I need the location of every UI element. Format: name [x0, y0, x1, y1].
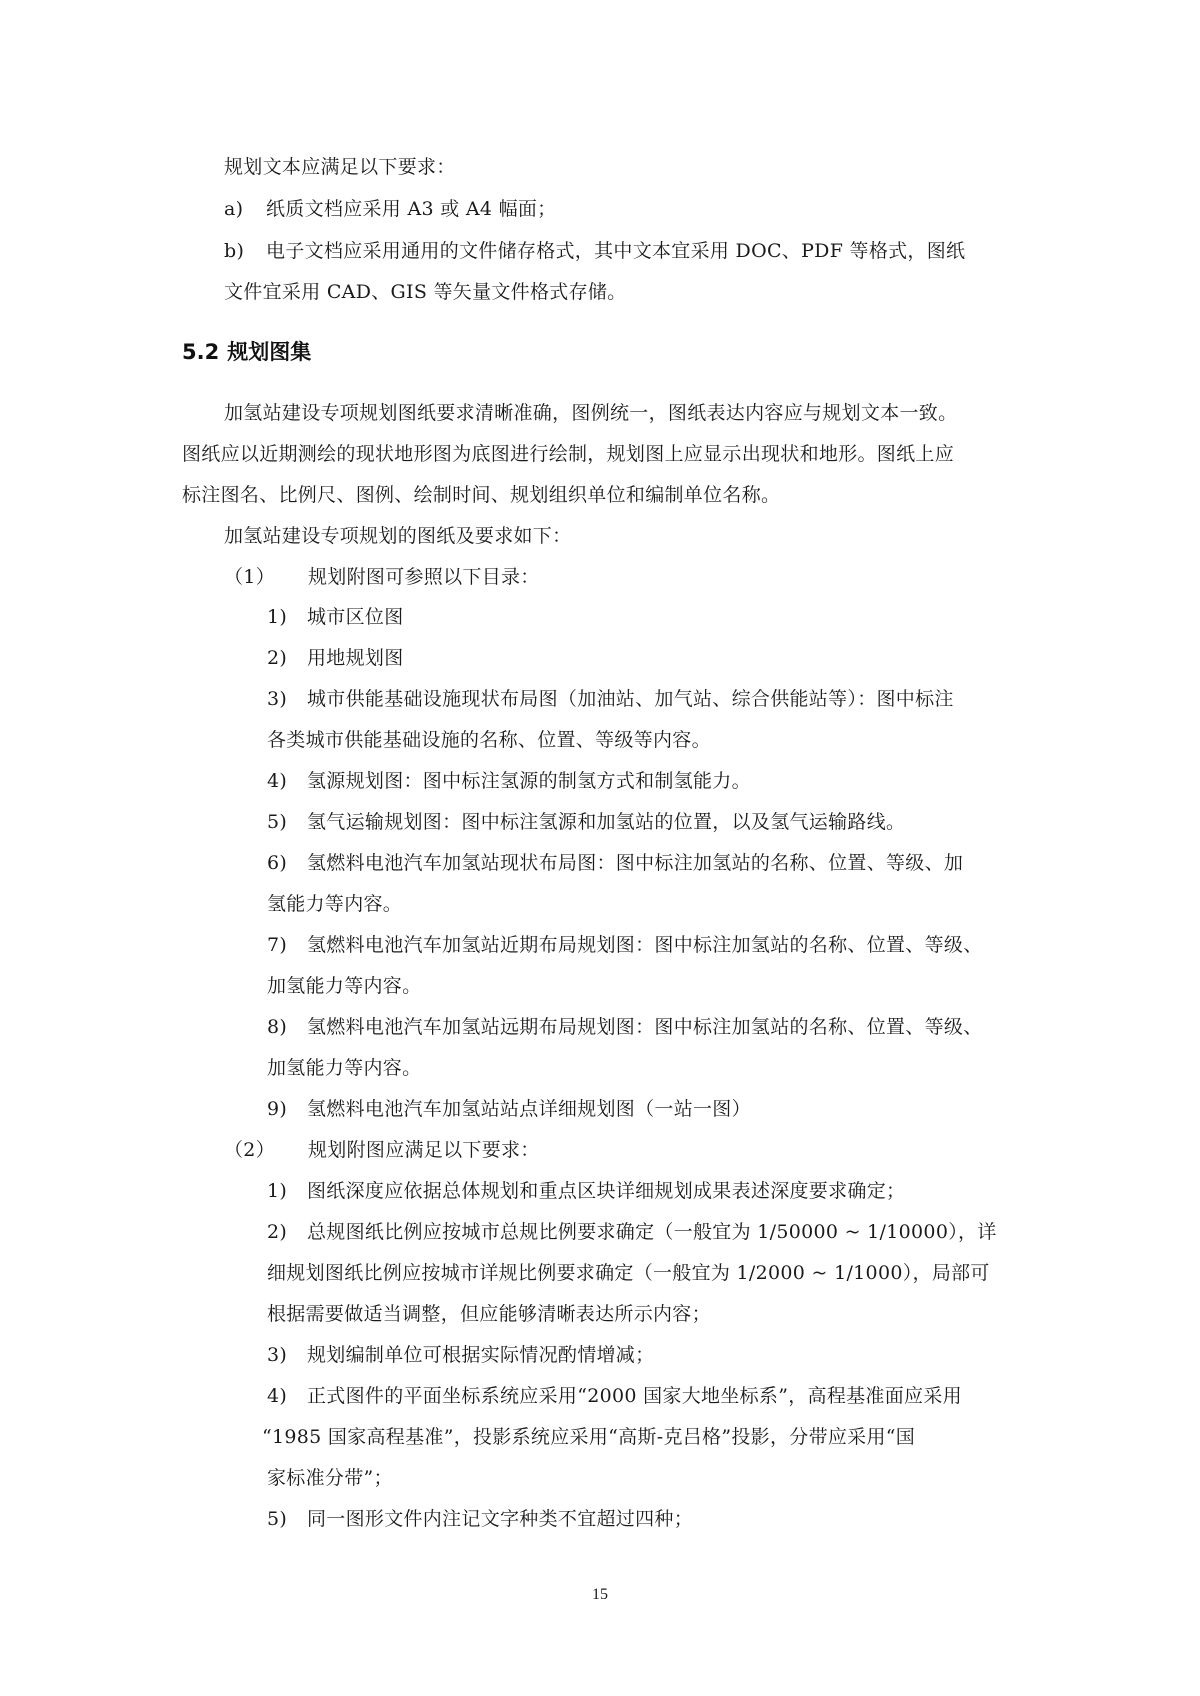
item-text: 正式图件的平面坐标系统应采用“2000 国家大地坐标系”，高程基准面应采用 [307, 1385, 962, 1407]
item-continuation: 氢能力等内容。 [267, 891, 402, 917]
section-title: 规划图集 [227, 340, 311, 364]
item-label: 9) [267, 1096, 307, 1122]
document-page: 规划文本应满足以下要求： a)纸质文档应采用 A3 或 A4 幅面； b)电子文… [0, 0, 1200, 1696]
group1-item-6: 6)氢燃料电池汽车加氢站现状布局图：图中标注加氢站的名称、位置、等级、加 [267, 850, 963, 876]
item-label: 5) [267, 809, 307, 835]
group-label: （2） [224, 1137, 308, 1163]
group2-item-1: 1)图纸深度应依据总体规划和重点区块详细规划成果表述深度要求确定； [267, 1178, 905, 1204]
group1-item-3: 3)城市供能基础设施现状布局图（加油站、加气站、综合供能站等）：图中标注 [267, 686, 954, 712]
item-text: 用地规划图 [307, 647, 404, 669]
item-label: 1) [267, 604, 307, 630]
list-item-b: b)电子文档应采用通用的文件储存格式，其中文本宜采用 DOC、PDF 等格式，图… [224, 238, 965, 264]
item-label: 2) [267, 645, 307, 671]
page-number: 15 [0, 1586, 1200, 1604]
group1-item-9: 9)氢燃料电池汽车加氢站站点详细规划图（一站一图） [267, 1096, 751, 1122]
group-text: 规划附图应满足以下要求： [308, 1139, 540, 1161]
section-heading: 5.2规划图集 [182, 338, 311, 366]
paragraph-line: 标注图名、比例尺、图例、绘制时间、规划组织单位和编制单位名称。 [182, 482, 780, 508]
item-label: 4) [267, 768, 307, 794]
item-continuation: 各类城市供能基础设施的名称、位置、等级等内容。 [267, 727, 711, 753]
intro-text: 规划文本应满足以下要求： [224, 154, 456, 180]
group1-item-2: 2)用地规划图 [267, 645, 404, 671]
item-continuation: 加氢能力等内容。 [267, 1055, 421, 1081]
item-continuation: “1985 国家高程基准”，投影系统应采用“高斯-克吕格”投影，分带应采用“国 [262, 1424, 915, 1450]
item-text: 氢气运输规划图：图中标注氢源和加氢站的位置，以及氢气运输路线。 [307, 811, 905, 833]
group2-item-5: 5)同一图形文件内注记文字种类不宜超过四种； [267, 1506, 693, 1532]
group2-item-3: 3)规划编制单位可根据实际情况酌情增减； [267, 1342, 654, 1368]
item-text: 氢源规划图：图中标注氢源的制氢方式和制氢能力。 [307, 770, 751, 792]
item-label: 3) [267, 686, 307, 712]
item-text: 规划编制单位可根据实际情况酌情增减； [307, 1344, 654, 1366]
list-text: 纸质文档应采用 A3 或 A4 幅面； [266, 198, 556, 220]
group1-item-5: 5)氢气运输规划图：图中标注氢源和加氢站的位置，以及氢气运输路线。 [267, 809, 905, 835]
item-text: 图纸深度应依据总体规划和重点区块详细规划成果表述深度要求确定； [307, 1180, 905, 1202]
paragraph-line: 图纸应以近期测绘的现状地形图为底图进行绘制，规划图上应显示出现状和地形。图纸上应 [182, 441, 954, 467]
item-label: 8) [267, 1014, 307, 1040]
item-text: 城市供能基础设施现状布局图（加油站、加气站、综合供能站等）：图中标注 [307, 688, 954, 710]
list-label: b) [224, 238, 266, 264]
item-continuation: 加氢能力等内容。 [267, 973, 421, 999]
section-number: 5.2 [182, 340, 219, 364]
item-text: 氢燃料电池汽车加氢站现状布局图：图中标注加氢站的名称、位置、等级、加 [307, 852, 963, 874]
item-label: 5) [267, 1506, 307, 1532]
item-label: 7) [267, 932, 307, 958]
group2-heading: （2）规划附图应满足以下要求： [224, 1137, 540, 1163]
item-label: 6) [267, 850, 307, 876]
item-text: 城市区位图 [307, 606, 404, 628]
group1-item-8: 8)氢燃料电池汽车加氢站远期布局规划图：图中标注加氢站的名称、位置、等级、 [267, 1014, 983, 1040]
list-text: 电子文档应采用通用的文件储存格式，其中文本宜采用 DOC、PDF 等格式，图纸 [266, 240, 965, 262]
group1-item-1: 1)城市区位图 [267, 604, 404, 630]
item-text: 氢燃料电池汽车加氢站远期布局规划图：图中标注加氢站的名称、位置、等级、 [307, 1016, 983, 1038]
intro2-text: 加氢站建设专项规划的图纸及要求如下： [224, 523, 571, 549]
group1-heading: （1）规划附图可参照以下目录： [224, 564, 540, 590]
item-text: 同一图形文件内注记文字种类不宜超过四种； [307, 1508, 693, 1530]
item-text: 氢燃料电池汽车加氢站近期布局规划图：图中标注加氢站的名称、位置、等级、 [307, 934, 983, 956]
group-label: （1） [224, 564, 308, 590]
list-item-a: a)纸质文档应采用 A3 或 A4 幅面； [224, 196, 556, 222]
group1-item-4: 4)氢源规划图：图中标注氢源的制氢方式和制氢能力。 [267, 768, 751, 794]
group1-item-7: 7)氢燃料电池汽车加氢站近期布局规划图：图中标注加氢站的名称、位置、等级、 [267, 932, 983, 958]
item-text: 氢燃料电池汽车加氢站站点详细规划图（一站一图） [307, 1098, 751, 1120]
list-text-continuation: 文件宜采用 CAD、GIS 等矢量文件格式存储。 [224, 279, 626, 305]
list-label: a) [224, 196, 266, 222]
paragraph-line: 加氢站建设专项规划图纸要求清晰准确，图例统一，图纸表达内容应与规划文本一致。 [224, 400, 957, 426]
group2-item-4: 4)正式图件的平面坐标系统应采用“2000 国家大地坐标系”，高程基准面应采用 [267, 1383, 962, 1409]
item-text: 总规图纸比例应按城市总规比例要求确定（一般宜为 1/50000 ~ 1/1000… [307, 1221, 997, 1243]
item-label: 2) [267, 1219, 307, 1245]
item-continuation: 细规划图纸比例应按城市详规比例要求确定（一般宜为 1/2000 ~ 1/1000… [267, 1260, 990, 1286]
item-label: 3) [267, 1342, 307, 1368]
item-continuation: 根据需要做适当调整，但应能够清晰表达所示内容； [267, 1301, 711, 1327]
item-label: 1) [267, 1178, 307, 1204]
item-continuation: 家标准分带”； [267, 1465, 393, 1491]
group2-item-2: 2)总规图纸比例应按城市总规比例要求确定（一般宜为 1/50000 ~ 1/10… [267, 1219, 997, 1245]
item-label: 4) [267, 1383, 307, 1409]
group-text: 规划附图可参照以下目录： [308, 566, 540, 588]
